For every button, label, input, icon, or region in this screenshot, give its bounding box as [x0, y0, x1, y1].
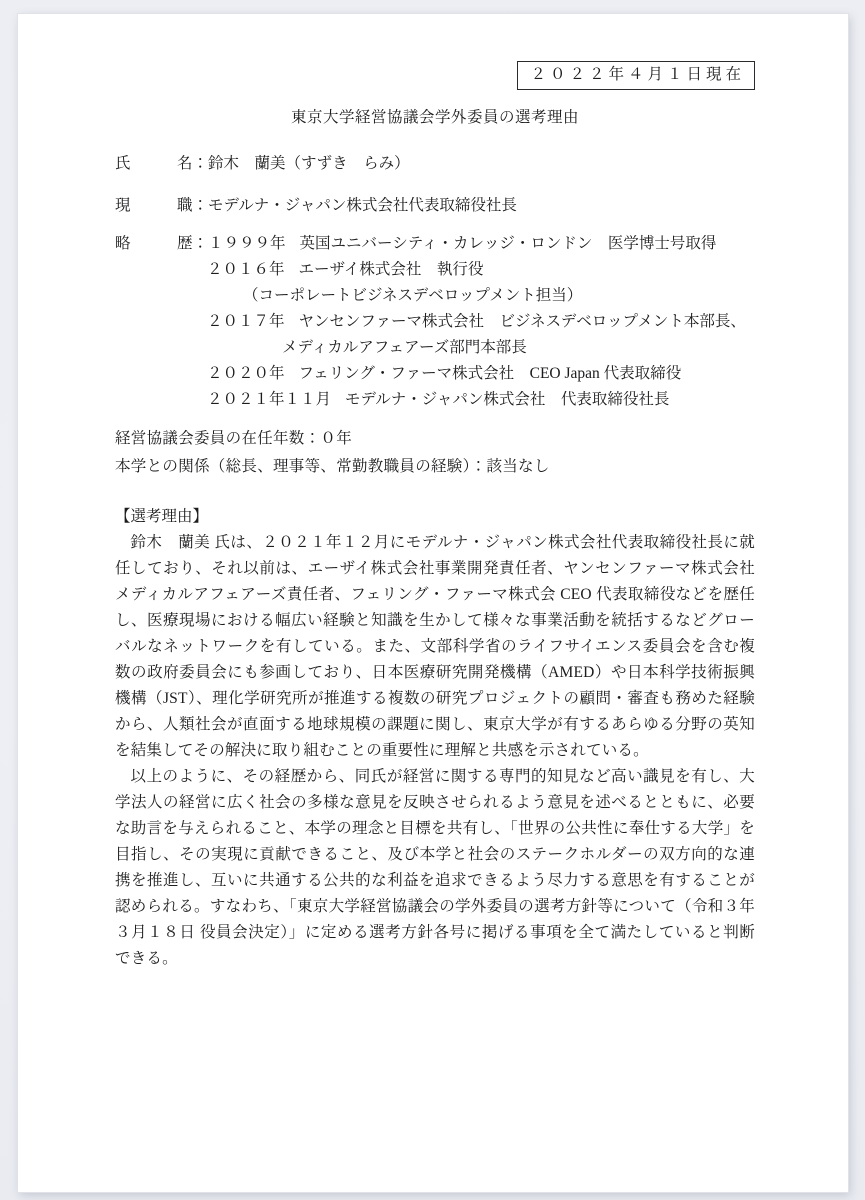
- career-entry: 略 歴： １９９９年 英国ユニバーシティ・カレッジ・ロンドン 医学博士号取得: [115, 231, 755, 257]
- selection-reason-paragraph-2: 以上のように、その経歴から、同氏が経営に関する専門的知見など高い識見を有し、大学…: [115, 764, 755, 972]
- career-entry-continuation: メディカルアフェアーズ部門本部長: [282, 335, 755, 361]
- career-entry-continuation: （コーポレートビジネスデベロップメント担当）: [243, 283, 755, 309]
- career-year: ２０２０年: [207, 365, 285, 382]
- relationship-line: 本学との関係（総長、理事等、常勤教職員の経験）：該当なし: [115, 453, 755, 481]
- date-row: ２０２２年４月１日現在: [115, 61, 755, 91]
- committee-info-block: 経営協議会委員の在任年数：０年 本学との関係（総長、理事等、常勤教職員の経験）：…: [115, 425, 755, 481]
- field-name: 氏 名： 鈴木 蘭美（すずき らみ）: [115, 151, 755, 177]
- career-year: ２０２１年１１月: [207, 391, 331, 408]
- name-label: 氏: [115, 151, 177, 177]
- career-entry: ２０１６年エーザイ株式会社 執行役: [207, 257, 755, 283]
- selection-reason-heading: 【選考理由】: [115, 504, 755, 530]
- tenure-line: 経営協議会委員の在任年数：０年: [115, 425, 755, 453]
- career-entry: ２０１７年ヤンセンファーマ株式会社 ビジネスデベロップメント本部長、: [207, 309, 755, 335]
- photo-background: ２０２２年４月１日現在 東京大学経営協議会学外委員の選考理由 氏 名： 鈴木 蘭…: [0, 0, 865, 1200]
- position-label: 現: [115, 193, 177, 219]
- field-current-position: 現 職： モデルナ・ジャパン株式会社代表取締役社長: [115, 193, 755, 219]
- career-text: （コーポレートビジネスデベロップメント担当）: [243, 287, 582, 304]
- career-year: ２０１６年: [207, 261, 285, 278]
- career-year: ２０１７年: [207, 313, 285, 330]
- date-stamp: ２０２２年４月１日現在: [517, 61, 755, 90]
- career-text: メディカルアフェアーズ部門本部長: [282, 339, 527, 356]
- career-label: 略: [115, 231, 177, 257]
- career-label-colon: 歴：: [177, 231, 208, 257]
- position-label-colon: 職：: [177, 193, 208, 219]
- career-text: モデルナ・ジャパン株式会社 代表取締役社長: [345, 391, 669, 408]
- career-entry: ２０２１年１１月モデルナ・ジャパン株式会社 代表取締役社長: [207, 387, 755, 413]
- career-section: 略 歴： １９９９年 英国ユニバーシティ・カレッジ・ロンドン 医学博士号取得 ２…: [115, 231, 755, 413]
- career-text: 英国ユニバーシティ・カレッジ・ロンドン 医学博士号取得: [300, 231, 717, 257]
- name-label-colon: 名：: [177, 151, 208, 177]
- career-text: エーザイ株式会社 執行役: [299, 261, 484, 278]
- career-text: ヤンセンファーマ株式会社 ビジネスデベロップメント本部長、: [299, 313, 746, 330]
- career-entry: ２０２０年フェリング・ファーマ株式会社 CEO Japan 代表取締役: [207, 361, 755, 387]
- document-page: ２０２２年４月１日現在 東京大学経営協議会学外委員の選考理由 氏 名： 鈴木 蘭…: [18, 14, 848, 1192]
- career-year: １９９９年: [208, 231, 286, 257]
- name-value: 鈴木 蘭美（すずき らみ）: [208, 151, 410, 177]
- selection-reason-paragraph-1: 鈴木 蘭美 氏は、２０２１年１２月にモデルナ・ジャパン株式会社代表取締役社長に就…: [115, 530, 755, 764]
- position-value: モデルナ・ジャパン株式会社代表取締役社長: [208, 193, 517, 219]
- document-title: 東京大学経営協議会学外委員の選考理由: [115, 107, 755, 129]
- career-text: フェリング・ファーマ株式会社 CEO Japan 代表取締役: [299, 365, 682, 382]
